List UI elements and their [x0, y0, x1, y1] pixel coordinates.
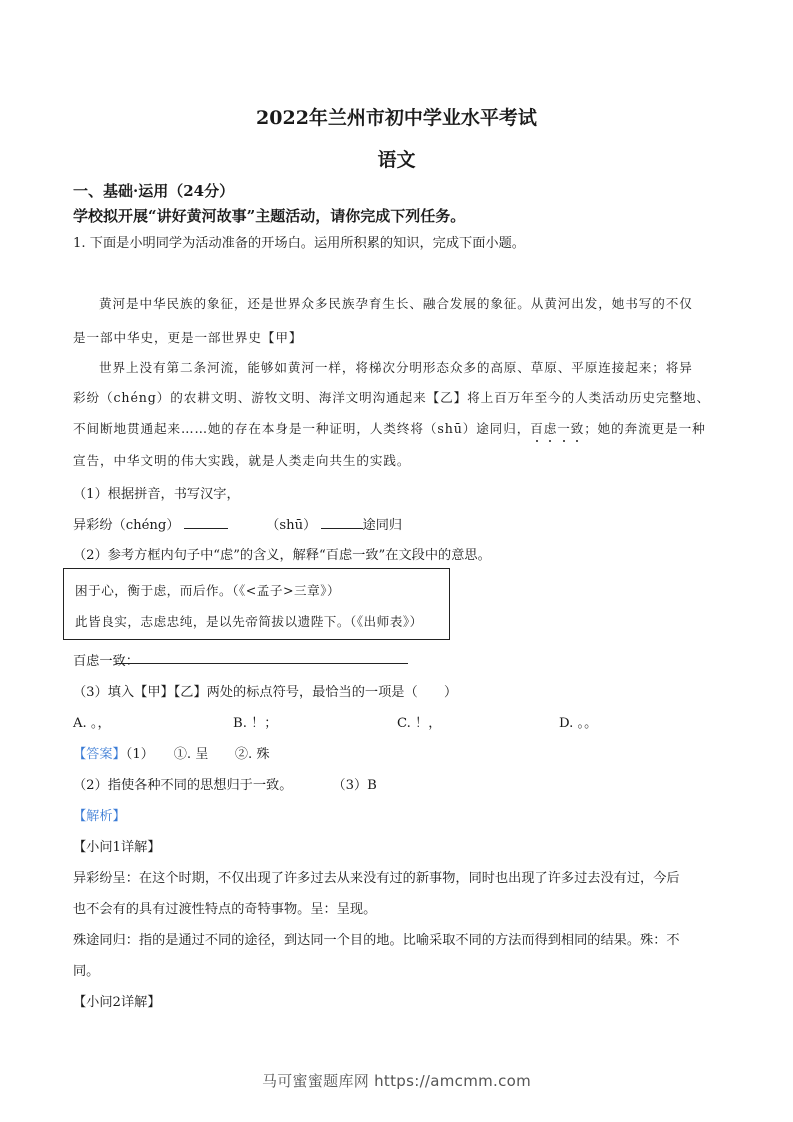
analysis-tag: 【解析】	[73, 805, 126, 824]
question-intro: 1. 下面是小明同学为活动准备的开场白。运用所积累的知识，完成下面小题。	[73, 232, 525, 251]
option-d[interactable]: D. 。。	[559, 712, 597, 731]
task-heading: 学校拟开展“讲好黄河故事”主题活动，请你完成下列任务。	[73, 205, 465, 226]
sub2-prompt: （2）参考方框内句子中“虑”的含义，解释“百虑一致”在文段中的意思。	[73, 544, 491, 563]
passage-line-6: 宣告，中华文明的伟大实践，就是人类走向共生的实践。	[73, 450, 410, 469]
sub1-prompt: （1）根据拼音，书写汉字，	[73, 483, 240, 502]
answer-part-1: （1） ①. 呈 ②. 殊	[126, 747, 270, 762]
passage-line-3: 世界上没有第二条河流，能够如黄河一样，将梯次分明形态众多的高原、草原、平原连接起…	[99, 357, 693, 376]
q1-line-4: 同。	[73, 960, 99, 979]
passage-line-4: 彩纷（chéng）的农耕文明、游牧文明、海洋文明沟通起来【乙】将上百万年至今的人…	[73, 387, 710, 406]
q1-heading: 【小问1详解】	[73, 836, 161, 855]
emphasis-char: 百	[530, 418, 544, 437]
option-c[interactable]: C. ！，	[397, 712, 441, 731]
sub3-prompt: （3）填入【甲】【乙】两处的标点符号，最恰当的一项是（ ）	[73, 681, 457, 700]
fill-a-blank[interactable]	[184, 516, 228, 529]
passage-line-5-pre: 不间断地贯通起来……她的存在本身是一种证明，人类终将（shū）途同归，	[73, 421, 530, 436]
answer-line-2: （2）指使各种不同的思想归于一致。（3）B	[73, 774, 377, 793]
option-b[interactable]: B. ！；	[233, 712, 277, 731]
watermark-footer: 马可蜜蜜题库网 https://amcmm.com	[0, 1070, 793, 1091]
answer-line-1: 【答案】（1） ①. 呈 ②. 殊	[73, 743, 270, 762]
section-heading: 一、基础·运用（24分）	[73, 180, 234, 201]
sub2-answer-label: 百虑一致：	[73, 650, 139, 669]
fill-b-post: 途同归	[363, 518, 403, 533]
answer-part-3: （3）B	[332, 778, 376, 793]
q2-heading: 【小问2详解】	[73, 991, 161, 1010]
passage-line-5: 不间断地贯通起来……她的存在本身是一种证明，人类终将（shū）途同归，百虑一致；…	[73, 418, 706, 437]
passage-line-2: 是一部中华史，更是一部世界史【甲】	[73, 327, 302, 346]
option-a[interactable]: A. 。，	[73, 712, 111, 731]
reference-line-2: 此皆良实，志虑忠纯，是以先帝简拔以遗陛下。（《出师表》）	[75, 611, 423, 630]
answer-tag: 【答案】	[73, 747, 126, 762]
emphasis-char: 一	[557, 418, 571, 437]
answer-part-2: （2）指使各种不同的思想归于一致。	[73, 778, 292, 793]
q1-line-2: 也不会有的具有过渡性特点的奇特事物。呈：呈现。	[73, 898, 376, 917]
reference-box: 困于心，衡于虑，而后作。（《<孟子>三章》） 此皆良实，志虑忠纯，是以先帝简拔以…	[63, 568, 450, 640]
sub2-answer-blank[interactable]	[116, 663, 408, 664]
fill-b-label: （shū）	[266, 518, 316, 533]
passage-line-1: 黄河是中华民族的象征，还是世界众多民族孕育生长、融合发展的象征。从黄河出发，她书…	[99, 293, 693, 312]
subject-title: 语文	[0, 145, 793, 172]
reference-line-1: 困于心，衡于虑，而后作。（《<孟子>三章》）	[75, 580, 340, 599]
q1-line-1: 异彩纷呈：在这个时期，不仅出现了许多过去从来没有过的新事物，同时也出现了许多过去…	[73, 867, 680, 886]
emphasis-char: 虑	[544, 418, 558, 437]
fill-b-blank[interactable]	[321, 516, 363, 529]
passage-line-5-post: ；她的奔流更是一种	[584, 421, 705, 436]
sub1-fill-row: 异彩纷（chéng） （shū） 途同归	[73, 514, 402, 533]
fill-a-label: 异彩纷（chéng）	[73, 518, 180, 533]
q1-line-3: 殊途同归：指的是通过不同的途径，到达同一个目的地。比喻采取不同的方法而得到相同的…	[73, 929, 680, 948]
exam-title: 2022年兰州市初中学业水平考试	[0, 103, 793, 130]
emphasis-char: 致	[571, 418, 585, 437]
